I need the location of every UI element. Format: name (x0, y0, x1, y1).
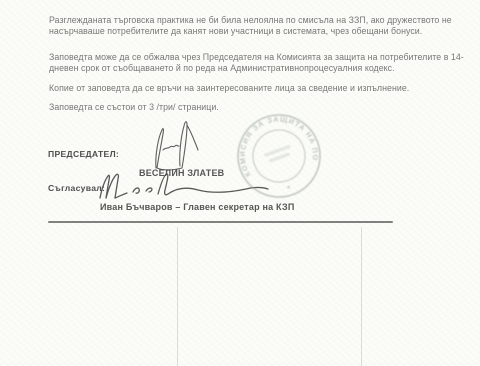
chairman-name: ВЕСЕЛИН ЗЛАТЕВ (139, 168, 224, 178)
agreed-by-label: Съгласувал: (48, 183, 105, 193)
paragraph-appeal-terms: Заповедта може да се обжалва чрез Предсе… (49, 52, 473, 75)
stamp-star-separator: * (286, 184, 292, 194)
commission-round-stamp: КОМИСИЯ ЗА ЗАЩИТА НА ПОТРЕБИТЕЛИТЕ * (223, 100, 335, 212)
scanned-document-page: Разглежданата търговска практика не би б… (0, 0, 480, 366)
faint-table-line-right (361, 227, 362, 366)
faint-table-line-left (177, 227, 178, 366)
horizontal-divider-rule (48, 221, 393, 223)
chairman-label: ПРЕДСЕДАТЕЛ: (48, 149, 119, 159)
paragraph-page-count: Заповедта се състои от 3 /три/ страници. (49, 102, 473, 113)
paragraph-trade-practice: Разглежданата търговска практика не би б… (49, 15, 473, 38)
stamp-center-smudge (263, 145, 293, 164)
paragraph-copy-delivery: Копие от заповедта да се връчи на заинте… (49, 83, 473, 94)
